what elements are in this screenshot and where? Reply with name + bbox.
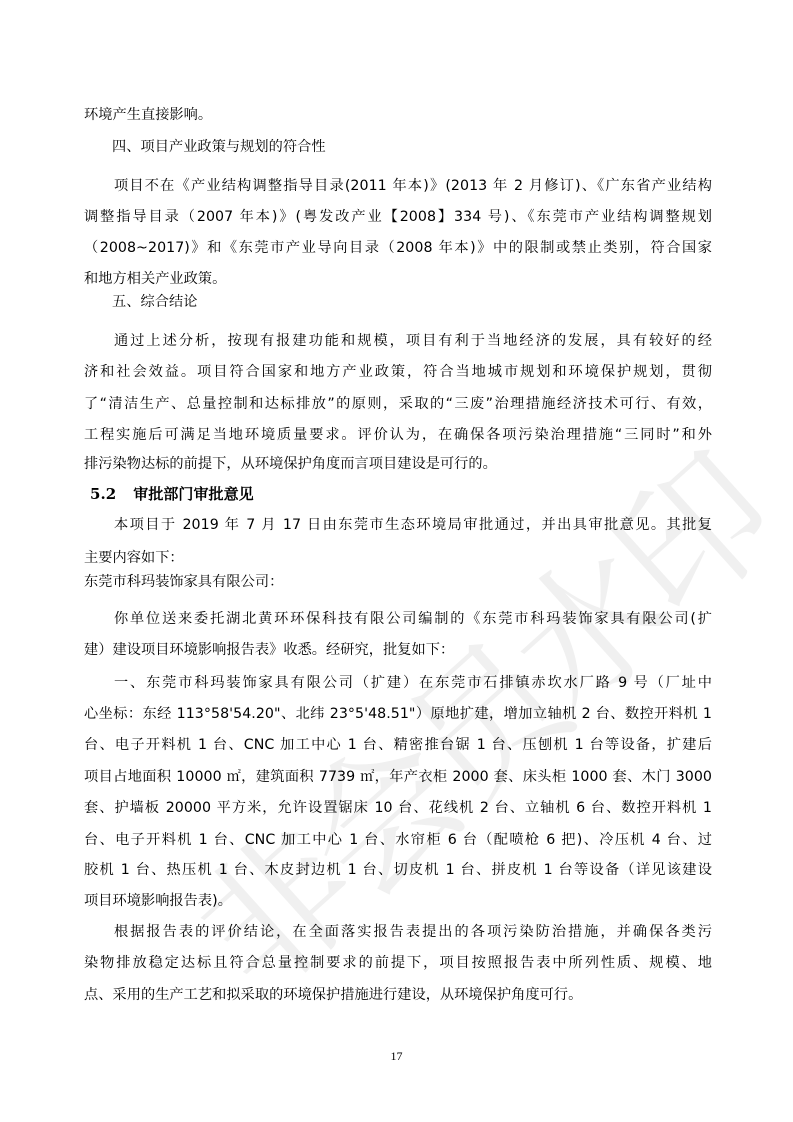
text-line: 心坐标：东经 113°58'54.20"、北纬 23°5'48.51"）原地扩建… [84, 704, 712, 724]
text-line: 和地方相关产业政策。 [84, 269, 712, 289]
text-line: 通过上述分析，按现有报建功能和规模，项目有利于当地经济的发展，具有较好的经 [114, 331, 712, 351]
text-line: 根据报告表的评价结论，在全面落实报告表提出的各项污染防治措施，并确保各类污 [114, 922, 712, 942]
text-line: 台、电子开料机 1 台、CNC 加工中心 1 台、精密推台锯 1 台、压刨机 1… [84, 735, 712, 755]
text-line: 东莞市科玛装饰家具有限公司： [84, 572, 712, 592]
document-page: 非会员水印 环境产生直接影响。四、项目产业政策与规划的符合性项目不在《产业结构调… [0, 0, 793, 1122]
text-line: 工程实施后可满足当地环境质量要求。评价认为，在确保各项污染治理措施“三同时”和外 [84, 425, 712, 445]
text-line: 项目不在《产业结构调整指导目录(2011 年本)》(2013 年 2 月修订)、… [114, 176, 712, 196]
text-line: 济和社会效益。项目符合国家和地方产业政策，符合当地城市规划和环境保护规划，贯彻 [84, 362, 712, 382]
section-number: 5.2 [90, 484, 128, 504]
text-line: 项目占地面积 10000 ㎡，建筑面积 7739 ㎡，年产衣柜 2000 套、床… [84, 767, 712, 787]
text-line: （2008~2017)》和《东莞市产业导向目录（2008 年本)》中的限制或禁止… [84, 238, 712, 258]
text-line: 胶机 1 台、热压机 1 台、木皮封边机 1 台、切皮机 1 台、拼皮机 1 台… [84, 860, 712, 880]
text-line: 台、电子开料机 1 台、CNC 加工中心 1 台、水帘柜 6 台（配喷枪 6 把… [84, 830, 712, 850]
text-line: 建）建设项目环境影响报告表》收悉。经研究，批复如下： [84, 640, 712, 660]
text-line: 点、采用的生产工艺和拟采取的环境保护措施进行建设，从环境保护角度可行。 [84, 985, 712, 1005]
page-number: 17 [0, 1049, 793, 1064]
text-line: 项目环境影响报告表)。 [84, 891, 712, 911]
section-title: 审批部门审批意见 [133, 485, 253, 503]
text-line: 本项目于 2019 年 7 月 17 日由东莞市生态环境局审批通过，并出具审批意… [114, 515, 712, 535]
text-line: 染物排放稳定达标且符合总量控制要求的前提下，项目按照报告表中所列性质、规模、地 [84, 953, 712, 973]
section-heading: 5.2 审批部门审批意见 [84, 484, 712, 504]
text-line: 排污染物达标的前提下，从环境保护角度而言项目建设是可行的。 [84, 454, 712, 474]
text-line: 环境产生直接影响。 [84, 105, 712, 125]
text-line: 你单位送来委托湖北黄环环保科技有限公司编制的《东莞市科玛装饰家具有限公司(扩 [114, 609, 712, 629]
text-line: 主要内容如下： [84, 548, 712, 568]
text-line: 五、综合结论 [112, 292, 712, 312]
text-line: 一、东莞市科玛装饰家具有限公司（扩建）在东莞市石排镇赤坎水厂路 9 号（厂址中 [114, 673, 712, 693]
text-line: 四、项目产业政策与规划的符合性 [112, 137, 712, 157]
text-line: 了“清洁生产、总量控制和达标排放”的原则，采取的“三废”治理措施经济技术可行、有… [84, 394, 712, 414]
text-line: 套、护墙板 20000 平方米，允许设置锯床 10 台、花线机 2 台、立轴机 … [84, 798, 712, 818]
text-line: 调整指导目录（2007 年本)》(粤发改产业【2008】334 号)、《东莞市产… [84, 207, 712, 227]
